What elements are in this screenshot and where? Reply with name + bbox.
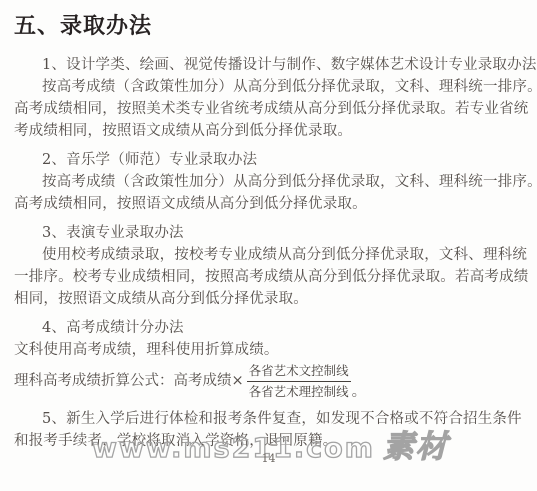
section-4-heading: 4、高考成绩计分办法 [14,317,523,339]
section-5: 5、新生入学后进行体检和报考条件复查，如发现不合格或不符合招生条件 和报考手续者… [14,408,523,452]
section-3: 3、表演专业录取办法 使用校考成绩录取，按校考专业成绩从高分到低分择优录取，文科… [14,222,523,310]
text-line: 高考成绩相同，按照美术类专业省统考成绩从高分到低分择优录取。若专业省统 [14,98,523,120]
formula-suffix: 。 [352,383,367,401]
text-line: 相同，按照语文成绩从高分到低分择优录取。 [14,288,523,310]
text-line: 按高考成绩（含政策性加分）从高分到低分择优录取，文科、理科统一排序。 [14,76,523,98]
text-line: 考成绩相同，按照语文成绩从高分到低分择优录取。 [14,120,523,142]
document-title: 五、录取办法 [14,12,523,40]
section-5-heading: 5、新生入学后进行体检和报考条件复查，如发现不合格或不符合招生条件 [14,408,523,430]
fraction-numerator: 各省艺术文控制线 [247,362,351,382]
section-4: 4、高考成绩计分办法 文科使用高考成绩，理科使用折算成绩。 理科高考成绩折算公式… [14,317,523,401]
formula-prefix: 理科高考成绩折算公式：高考成绩× [14,361,244,401]
section-2-heading: 2、音乐学（师范）专业录取办法 [14,149,523,171]
text-line: 一排序。校考专业成绩相同，按照高考成绩从高分到低分择优录取。若高考成绩 [14,266,523,288]
section-2: 2、音乐学（师范）专业录取办法 按高考成绩（含政策性加分）从高分到低分择优录取，… [14,149,523,215]
section-1: 1、设计学类、绘画、视觉传播设计与制作、数字媒体艺术设计专业录取办法 按高考成绩… [14,54,523,142]
document-page: 五、录取办法 1、设计学类、绘画、视觉传播设计与制作、数字媒体艺术设计专业录取办… [0,0,537,491]
formula-fraction: 各省艺术文控制线 各省艺术理控制线 [247,362,351,401]
conversion-formula: 理科高考成绩折算公式：高考成绩× 各省艺术文控制线 各省艺术理控制线 。 [14,361,523,401]
fraction-denominator: 各省艺术理控制线 [247,382,351,401]
text-line: 和报考手续者，学校将取消入学资格，退回原籍。 [14,430,523,452]
text-line: 按高考成绩（含政策性加分）从高分到低分择优录取，文科、理科统一排序。 [14,171,523,193]
text-line: 高考成绩相同，按照语文成绩从高分到低分择优录取。 [14,193,523,215]
page-number: 14 [0,452,537,465]
text-line: 文科使用高考成绩，理科使用折算成绩。 [14,339,523,361]
text-line: 使用校考成绩录取，按校考专业成绩从高分到低分择优录取，文科、理科统 [14,244,523,266]
section-3-heading: 3、表演专业录取办法 [14,222,523,244]
section-1-heading: 1、设计学类、绘画、视觉传播设计与制作、数字媒体艺术设计专业录取办法 [14,54,523,76]
